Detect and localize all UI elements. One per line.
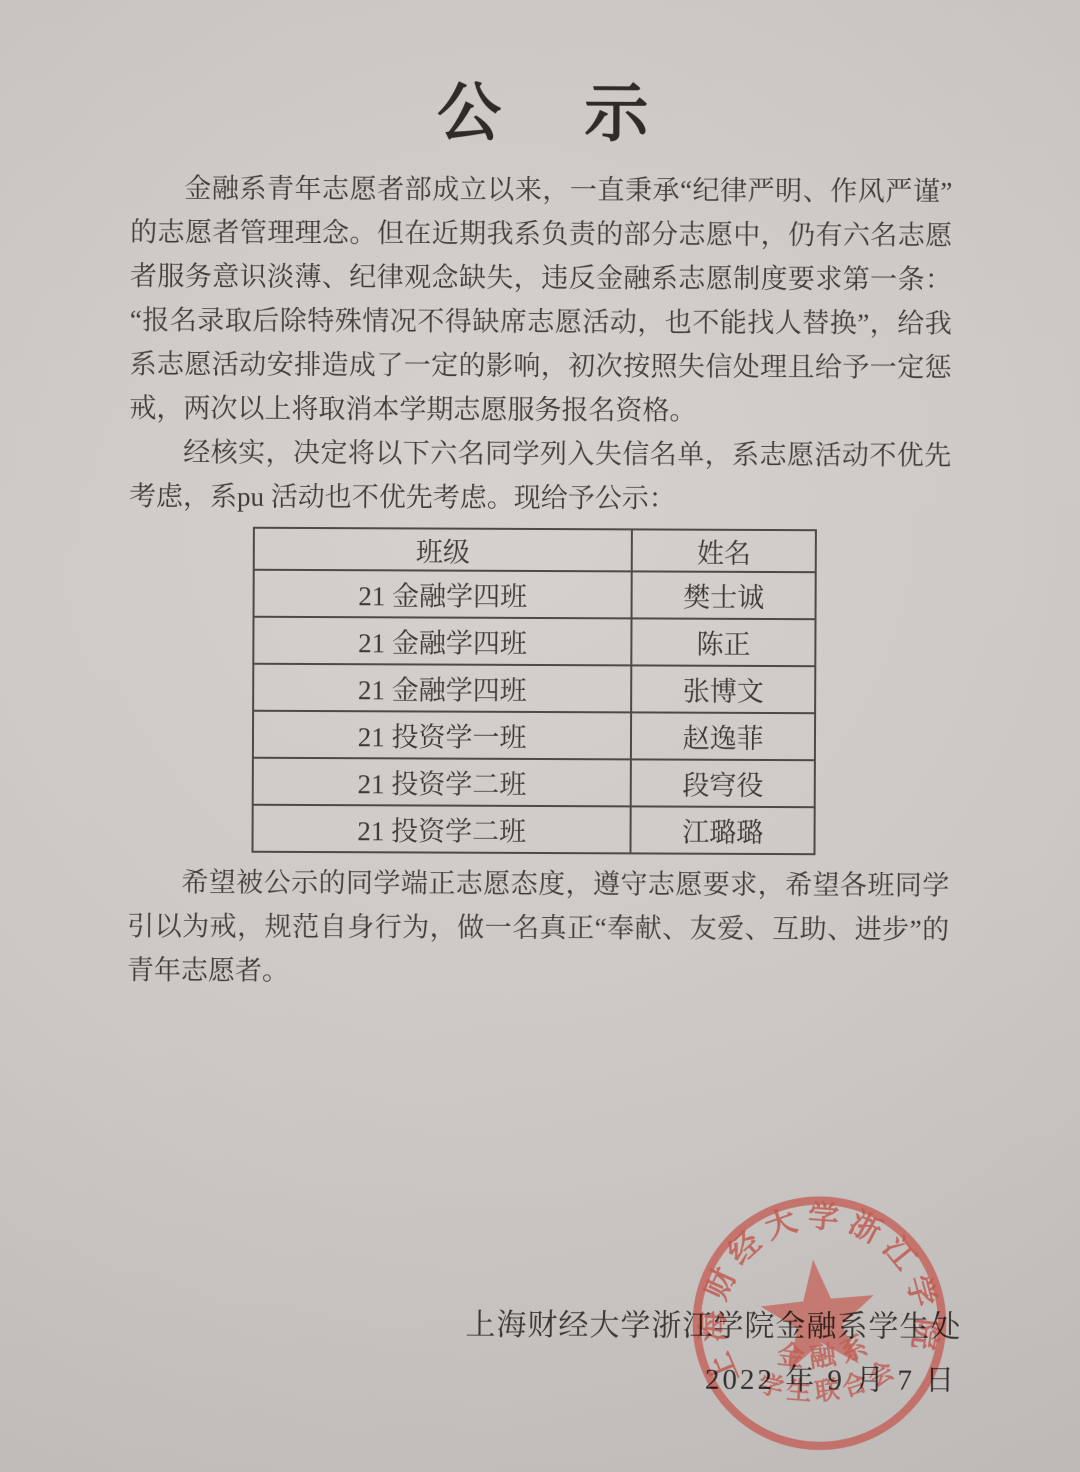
cell-name: 江璐璐	[631, 806, 815, 854]
notice-title: 公示	[3, 72, 1080, 157]
cell-class: 21 投资学二班	[252, 805, 630, 854]
notice-body: 金融系青年志愿者部成立以来，一直秉承“纪律严明、作风严谨”的志愿者管理理念。但在…	[129, 166, 953, 522]
paragraph-closing: 希望被公示的同学端正志愿态度，遵守志愿要求，希望各班同学引以为戒，规范自身行为，…	[127, 860, 950, 996]
cell-class: 21 金融学四班	[253, 617, 631, 666]
table-row: 21 金融学四班 张博文	[253, 664, 815, 713]
discredit-name-table: 班级 姓名 21 金融学四班 樊士诚 21 金融学四班 陈正 21 金融学四班 …	[251, 527, 816, 855]
official-seal-graphic: 上海财经大学浙江学院 金融系 学生联合会	[673, 1176, 967, 1470]
paragraph-intro: 金融系青年志愿者部成立以来，一直秉承“纪律严明、作风严谨”的志愿者管理理念。但在…	[129, 166, 952, 434]
cell-class: 21 投资学二班	[253, 758, 631, 807]
cell-name: 赵逸菲	[631, 712, 815, 760]
cell-name: 樊士诚	[632, 571, 816, 619]
cell-class: 21 金融学四班	[253, 664, 631, 713]
cell-name: 张博文	[631, 665, 815, 713]
table-row: 21 投资学一班 赵逸菲	[253, 711, 815, 760]
paper-sheet: 公示 金融系青年志愿者部成立以来，一直秉承“纪律严明、作风严谨”的志愿者管理理念…	[0, 0, 1080, 1472]
column-header-name: 姓名	[632, 529, 816, 572]
cell-name: 陈正	[631, 618, 815, 666]
cell-class: 21 投资学一班	[253, 711, 631, 760]
cell-class: 21 金融学四班	[254, 570, 632, 619]
notice-closing: 希望被公示的同学端正志愿态度，遵守志愿要求，希望各班同学引以为戒，规范自身行为，…	[127, 860, 950, 996]
table-header-row: 班级 姓名	[254, 528, 816, 572]
table-row: 21 金融学四班 陈正	[253, 617, 815, 666]
table-row: 21 投资学二班 江璐璐	[252, 805, 814, 854]
paragraph-decision: 经核实，决定将以下六名同学列入失信名单，系志愿活动不优先考虑，系pu 活动也不优…	[129, 430, 951, 522]
official-seal: 上海财经大学浙江学院 金融系 学生联合会	[673, 1176, 967, 1470]
photographed-notice: 公示 金融系青年志愿者部成立以来，一直秉承“纪律严明、作风严谨”的志愿者管理理念…	[0, 0, 1080, 1472]
table-row: 21 金融学四班 樊士诚	[254, 570, 816, 619]
column-header-class: 班级	[254, 528, 632, 572]
table-row: 21 投资学二班 段穹役	[253, 758, 815, 807]
cell-name: 段穹役	[631, 759, 815, 807]
